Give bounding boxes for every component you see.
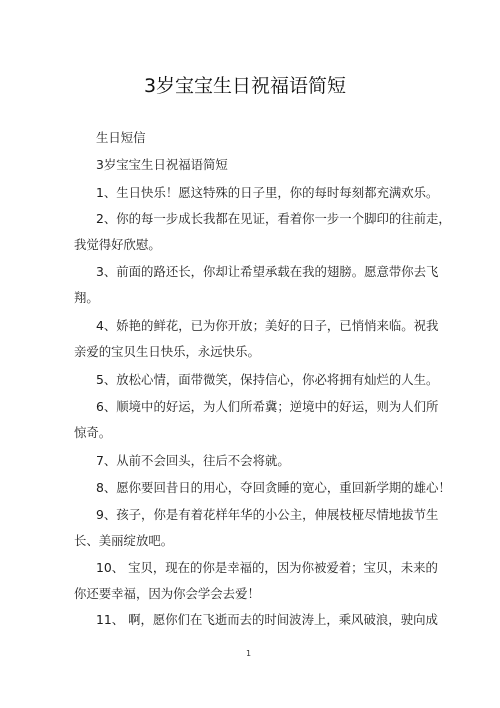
section-heading: 3岁宝宝生日祝福语简短: [96, 157, 228, 173]
paragraph-line: 9、孩子，你是有着花样年华的小公主，伸展枝桠尽情地拔节生: [96, 507, 438, 523]
paragraph-line: 6、顺境中的好运，为人们所希冀；逆境中的好运，则为人们所: [96, 399, 438, 415]
paragraph-line: 1、生日快乐！愿这特殊的日子里，你的每时每刻都充满欢乐。: [96, 185, 438, 201]
category-label: 生日短信: [96, 130, 146, 146]
document-title: 3岁宝宝生日祝福语简短: [0, 74, 490, 98]
paragraph-line: 7、从前不会回头，往后不会将就。: [96, 453, 290, 469]
paragraph-line: 4、娇艳的鲜花，已为你开放；美好的日子，已悄悄来临。祝我: [96, 318, 438, 334]
page-number: 1: [246, 649, 251, 658]
paragraph-line: 我觉得好欣慰。: [74, 237, 161, 253]
paragraph-line: 长、美丽绽放吧。: [74, 533, 173, 549]
paragraph-line: 11、 啊，愿你们在飞逝而去的时间波涛上，乘风破浪，驶向成: [96, 612, 438, 628]
paragraph-line: 亲爱的宝贝生日快乐，永远快乐。: [74, 344, 260, 360]
paragraph-line: 5、放松心情，面带微笑，保持信心，你必将拥有灿烂的人生。: [96, 372, 438, 388]
paragraph-line: 10、 宝贝，现在的你是幸福的，因为你被爱着；宝贝，未来的: [96, 560, 438, 576]
paragraph-line: 2、你的每一步成长我都在见证，看着你一步一个脚印的往前走，: [96, 211, 451, 227]
paragraph-line: 3、前面的路还长，你却让希望承载在我的翅膀。愿意带你去飞: [96, 264, 438, 280]
paragraph-line: 惊奇。: [74, 425, 111, 441]
paragraph-line: 8、愿你要回昔日的用心，夺回贪睡的宽心，重回新学期的雄心！: [96, 480, 451, 496]
paragraph-line: 翔。: [74, 290, 99, 306]
document-page: 3岁宝宝生日祝福语简短 生日短信 3岁宝宝生日祝福语简短 1、生日快乐！愿这特殊…: [0, 0, 500, 708]
paragraph-line: 你还要幸福，因为你会学会去爱！: [74, 586, 260, 602]
